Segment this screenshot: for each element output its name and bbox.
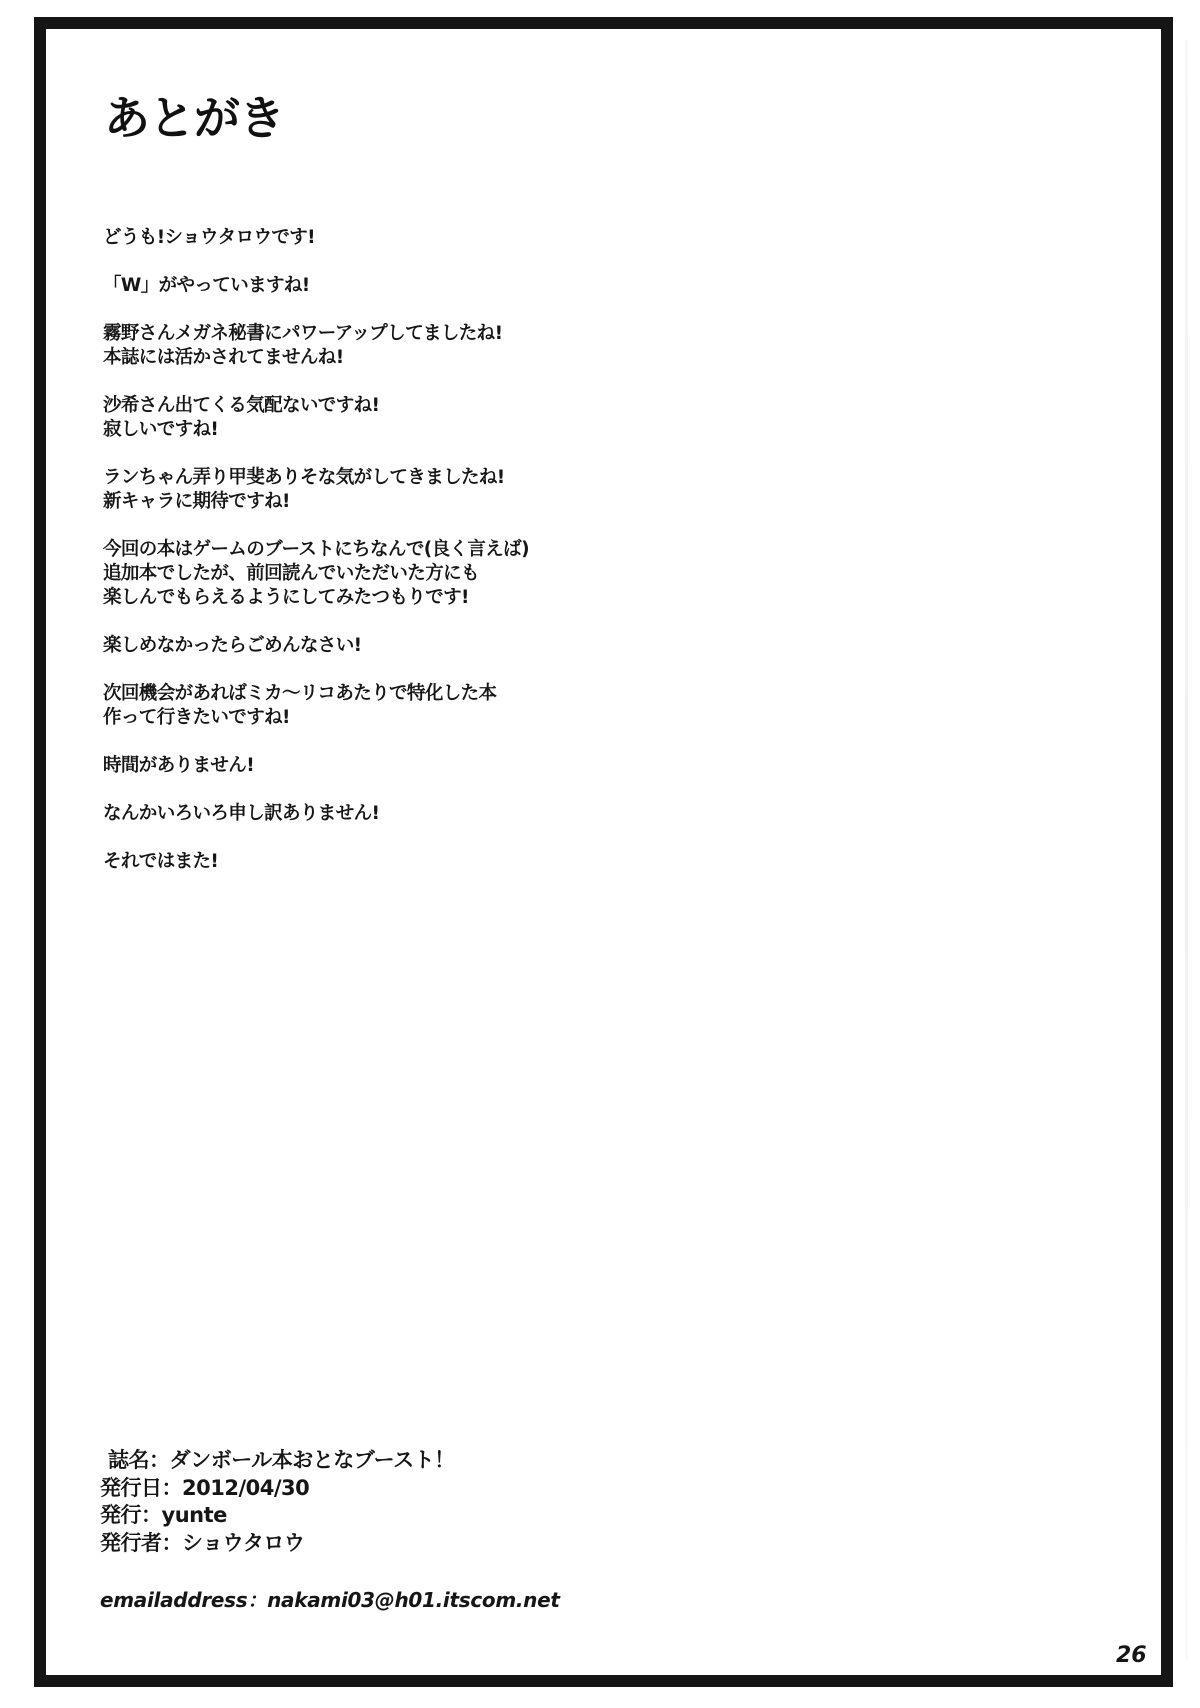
text-line: 楽しんでもらえるようにしてみたつもりです! (103, 586, 803, 610)
paragraph: ランちゃん弄り甲斐ありそな気がしてきましたね! 新キャラに期待ですね! (103, 466, 803, 514)
text-line: 「W」がやっていますね! (103, 274, 803, 298)
paragraph: なんかいろいろ申し訳ありません! (103, 802, 803, 826)
colophon-row-date: 発行日：2012/04/30 (100, 1475, 455, 1503)
paragraph: それではまた! (103, 850, 803, 874)
text-line: 沙希さん出てくる気配ないですね! (103, 394, 803, 418)
page-number: 26 (1116, 1641, 1147, 1671)
colophon-value: 2012/04/30 (182, 1476, 309, 1500)
text-line: それではまた! (103, 850, 803, 874)
paragraph: 沙希さん出てくる気配ないですね! 寂しいですね! (103, 394, 803, 442)
text-line: 霧野さんメガネ秘書にパワーアップしてましたね! (103, 322, 803, 346)
colophon-value: ショウタロウ (182, 1531, 304, 1555)
afterword-body: どうも!ショウタロウです! 「W」がやっていますね! 霧野さんメガネ秘書にパワー… (103, 226, 803, 898)
colophon-separator: ： (149, 1448, 170, 1472)
paragraph: どうも!ショウタロウです! (103, 226, 803, 250)
text-line: 楽しめなかったらごめんなさい! (103, 634, 803, 658)
colophon-separator: ： (141, 1503, 162, 1527)
text-line: なんかいろいろ申し訳ありません! (103, 802, 803, 826)
colophon-label: 発行日 (100, 1476, 162, 1500)
paragraph: 時間がありません! (103, 754, 803, 778)
text-line: 今回の本はゲームのブーストにちなんで(良く言えば) (103, 538, 803, 562)
colophon-row-publisher: 発行：yunte (100, 1502, 455, 1530)
colophon-separator: ： (162, 1476, 183, 1500)
colophon-value: yunte (162, 1503, 227, 1527)
colophon-label: 発行者 (100, 1531, 162, 1555)
text-line: ランちゃん弄り甲斐ありそな気がしてきましたね! (103, 466, 803, 490)
paragraph: 今回の本はゲームのブーストにちなんで(良く言えば) 追加本でしたが、前回読んでい… (103, 538, 803, 610)
paragraph: 次回機会があればミカ〜リコあたりで特化した本 作って行きたいですね! (103, 682, 803, 730)
text-line: 時間がありません! (103, 754, 803, 778)
paragraph: 楽しめなかったらごめんなさい! (103, 634, 803, 658)
text-line: 寂しいですね! (103, 418, 803, 442)
page-title: あとがき (104, 90, 284, 146)
text-line: 追加本でしたが、前回読んでいただいた方にも (103, 562, 803, 586)
text-line: 新キャラに期待ですね! (103, 490, 803, 514)
paragraph: 霧野さんメガネ秘書にパワーアップしてましたね! 本誌には活かされてませんね! (103, 322, 803, 370)
colophon-label: 発行 (100, 1503, 141, 1527)
email-line: emailaddress：nakami03@h01.itscom.net (100, 1586, 560, 1614)
colophon-row-issuer: 発行者：ショウタロウ (100, 1530, 455, 1558)
email-separator: ： (247, 1588, 267, 1612)
colophon: 誌名：ダンボール本おとなブースト！ 発行日：2012/04/30 発行：yunt… (100, 1447, 455, 1557)
colophon-value: ダンボール本おとなブースト！ (170, 1448, 455, 1472)
paragraph: 「W」がやっていますね! (103, 274, 803, 298)
email-label: emailaddress (100, 1588, 247, 1612)
colophon-separator: ： (162, 1531, 183, 1555)
text-line: 本誌には活かされてませんね! (103, 346, 803, 370)
colophon-label: 誌名 (108, 1448, 149, 1472)
scan-edge-shadow (1185, 40, 1188, 1660)
text-line: 作って行きたいですね! (103, 706, 803, 730)
text-line: 次回機会があればミカ〜リコあたりで特化した本 (103, 682, 803, 706)
colophon-row-title: 誌名：ダンボール本おとなブースト！ (100, 1447, 455, 1475)
email-address-link[interactable]: nakami03@h01.itscom.net (267, 1588, 560, 1612)
text-line: どうも!ショウタロウです! (103, 226, 803, 250)
